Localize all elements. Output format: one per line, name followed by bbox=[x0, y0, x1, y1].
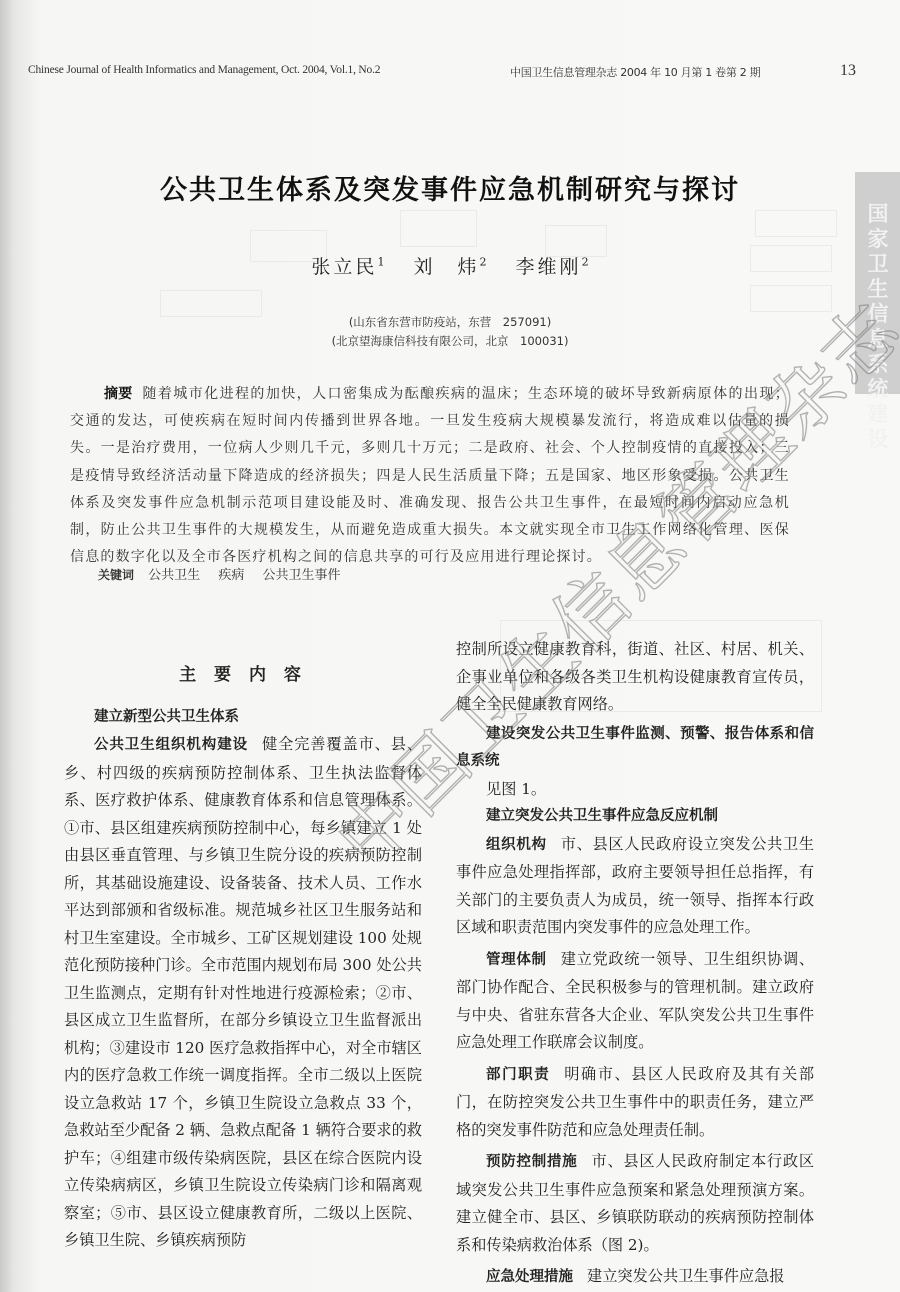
abstract-label: 摘要 bbox=[104, 386, 132, 402]
affiliation: (山东省东营市防疫站，东营 257091) bbox=[0, 314, 900, 330]
author: 张立民1 bbox=[311, 256, 384, 278]
keywords: 关键词 公共卫生 疾病 公共卫生事件 bbox=[98, 564, 354, 583]
bleed-through-box bbox=[755, 210, 837, 237]
keyword: 疾病 bbox=[218, 568, 244, 583]
paragraph: 部门职责明确市、县区人民政府及其有关部门，在防控突发公共卫生事件中的职责任务，建… bbox=[456, 1061, 814, 1145]
abstract-text: 随着城市化进程的加快，人口密集成为酝酿疾病的温床；生态环境的破坏导致新病原体的出… bbox=[70, 386, 790, 565]
subheading: 建立突发公共卫生事件应急反应机制 bbox=[456, 803, 814, 831]
article-title: 公共卫生体系及突发事件应急机制研究与探讨 bbox=[0, 168, 900, 207]
subheading: 建立新型公共卫生体系 bbox=[64, 704, 422, 732]
paragraph: 控制所设立健康教育科，街道、社区、村居、机关、企事业单位和各级各类卫生机构设健康… bbox=[456, 636, 814, 719]
paragraph-lead: 公共卫生组织机构建设 bbox=[94, 737, 248, 753]
figure-reference: 见图 1。 bbox=[456, 776, 814, 804]
left-column: 主 要 内 容 建立新型公共卫生体系 公共卫生组织机构建设健全完善覆盖市、县、乡… bbox=[64, 662, 422, 1255]
section-heading: 主 要 内 容 bbox=[64, 662, 422, 690]
right-column: 控制所设立健康教育科，街道、社区、村居、机关、企事业单位和各级各类卫生机构设健康… bbox=[456, 636, 814, 1292]
scanned-page: Chinese Journal of Health Informatics an… bbox=[0, 0, 900, 1292]
subheading: 建设突发公共卫生事件监测、预警、报告体系和信息系统 bbox=[456, 721, 814, 776]
keywords-label: 关键词 bbox=[98, 568, 134, 582]
author: 李维刚2 bbox=[516, 256, 589, 278]
bleed-through-box bbox=[400, 210, 477, 247]
paragraph: 公共卫生组织机构建设健全完善覆盖市、县、乡、村四级的疾病预防控制体系、卫生执法监… bbox=[64, 731, 422, 1255]
page-number: 13 bbox=[840, 62, 856, 80]
journal-name-en: Chinese Journal of Health Informatics an… bbox=[28, 64, 380, 76]
author-list: 张立民1 刘 炜2 李维刚2 bbox=[0, 252, 900, 279]
keyword: 公共卫生 bbox=[148, 568, 200, 583]
paragraph: 预防控制措施市、县区人民政府制定本行政区域突发公共卫生事件应急预案和紧急处理预演… bbox=[456, 1148, 814, 1259]
bleed-through-box bbox=[160, 290, 262, 317]
paragraph: 管理体制建立党政统一领导、卫生组织协调、部门协作配合、全民积极参与的管理机制。建… bbox=[456, 946, 814, 1057]
journal-name-cn: 中国卫生信息管理杂志 2004 年 10 月第 1 卷第 2 期 bbox=[510, 64, 760, 80]
paragraph: 应急处理措施建立突发公共卫生事件应急报 bbox=[456, 1263, 814, 1292]
affiliation: (北京望海康信科技有限公司，北京 100031) bbox=[0, 333, 900, 349]
author: 刘 炜2 bbox=[413, 256, 486, 278]
keyword: 公共卫生事件 bbox=[262, 568, 340, 583]
abstract: 摘要随着城市化进程的加快，人口密集成为酝酿疾病的温床；生态环境的破坏导致新病原体… bbox=[70, 381, 790, 571]
running-header: Chinese Journal of Health Informatics an… bbox=[28, 62, 840, 82]
bleed-through-box bbox=[750, 285, 832, 312]
paragraph: 组织机构市、县区人民政府设立突发公共卫生事件应急处理指挥部，政府主要领导担任总指… bbox=[456, 831, 814, 942]
